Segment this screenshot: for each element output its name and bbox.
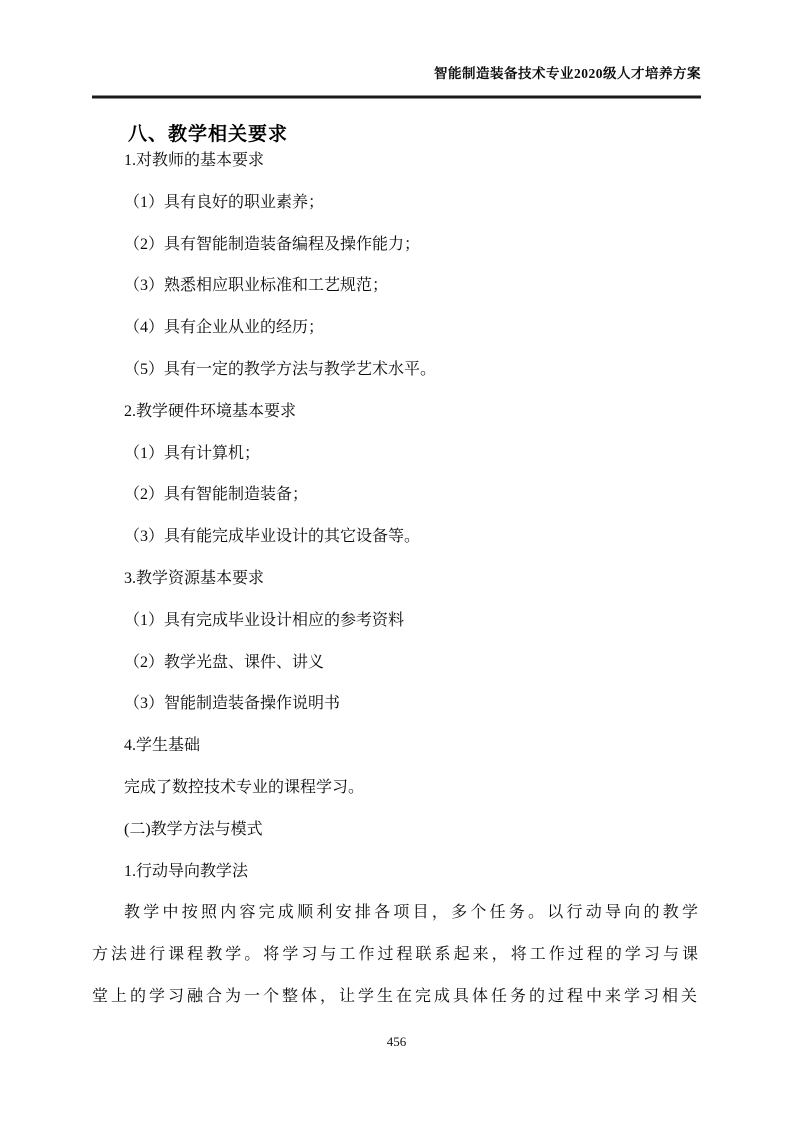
- paragraph: （3）熟悉相应职业标准和工艺规范；: [92, 265, 701, 307]
- paragraph: （1）具有完成毕业设计相应的参考资料: [92, 600, 701, 642]
- page-header-text: 智能制造装备技术专业2020级人才培养方案: [92, 62, 701, 82]
- paragraph: 完成了数控技术专业的课程学习。: [92, 767, 701, 809]
- document-body: 1.对教师的基本要求（1）具有良好的职业素养；（2）具有智能制造装备编程及操作能…: [92, 140, 701, 1018]
- paragraph: 教学中按照内容完成顺利安排各项目，多个任务。以行动导向的教学方法进行课程教学。将…: [92, 892, 701, 1017]
- paragraph: 3.教学资源基本要求: [92, 558, 701, 600]
- paragraph: 1.行动导向教学法: [92, 851, 701, 893]
- paragraph: （2）具有智能制造装备编程及操作能力；: [92, 224, 701, 266]
- paragraph: （1）具有计算机；: [92, 433, 701, 475]
- page-number: 456: [0, 1034, 793, 1050]
- document-page: 智能制造装备技术专业2020级人才培养方案 八、教学相关要求 1.对教师的基本要…: [0, 0, 793, 1122]
- paragraph: （1）具有良好的职业素养；: [92, 182, 701, 224]
- paragraph: （3）具有能完成毕业设计的其它设备等。: [92, 516, 701, 558]
- paragraph: 1.对教师的基本要求: [92, 140, 701, 182]
- paragraph: （4）具有企业从业的经历；: [92, 307, 701, 349]
- paragraph: 4.学生基础: [92, 725, 701, 767]
- paragraph: （2）教学光盘、课件、讲义: [92, 642, 701, 684]
- paragraph: （2）具有智能制造装备；: [92, 474, 701, 516]
- paragraph: (二)教学方法与模式: [92, 809, 701, 851]
- paragraph: 2.教学硬件环境基本要求: [92, 391, 701, 433]
- paragraph: （5）具有一定的教学方法与教学艺术水平。: [92, 349, 701, 391]
- paragraph: （3）智能制造装备操作说明书: [92, 683, 701, 725]
- header-rule: [92, 95, 701, 99]
